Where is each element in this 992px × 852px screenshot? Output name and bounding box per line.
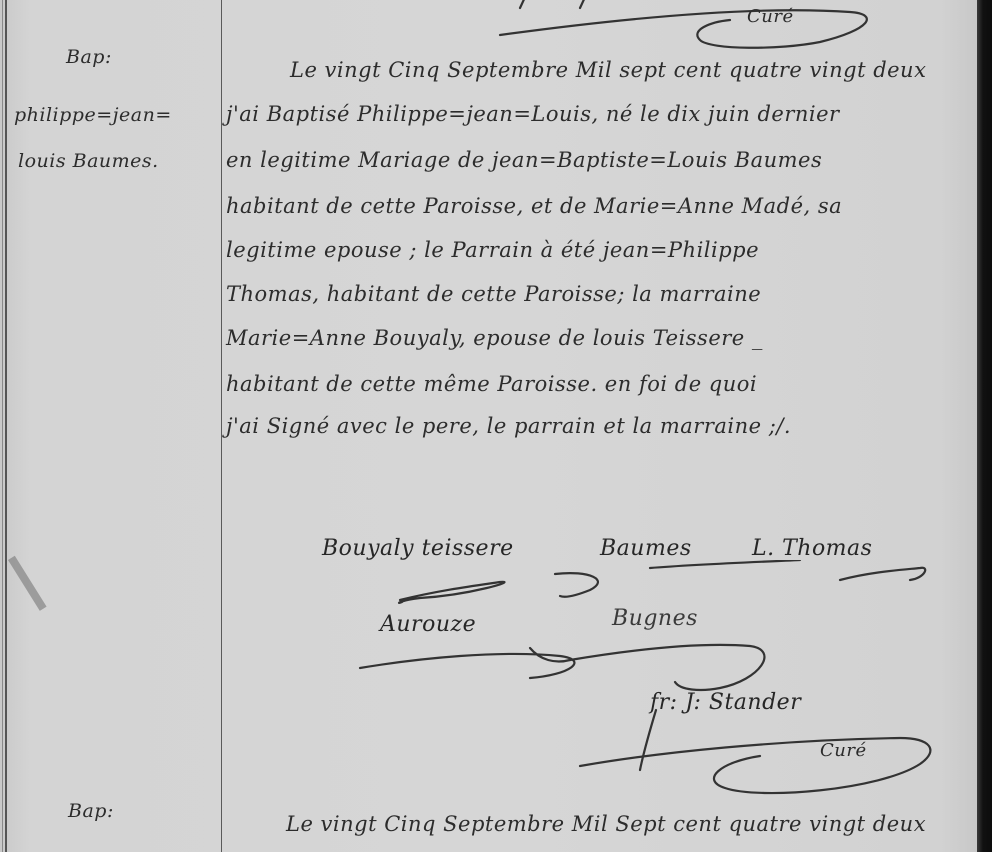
- priest-signature-flourish: [560, 700, 980, 810]
- entry-line-7: Marie=Anne Bouyaly, epouse de louis Teis…: [226, 326, 763, 350]
- priest-curé-label: Curé: [820, 740, 867, 761]
- margin-child-name-line-2: louis Baumes.: [18, 150, 159, 172]
- entry-line-2: j'ai Baptisé Philippe=jean=Louis, né le …: [226, 102, 840, 126]
- signature-godfather: L. Thomas: [752, 536, 872, 561]
- previous-curé-label: Curé: [747, 6, 794, 27]
- margin-column-rule: [221, 0, 222, 852]
- register-page: Curé Bap: philippe=jean= louis Baumes. L…: [0, 0, 977, 852]
- margin-bap-label: Bap:: [66, 46, 112, 68]
- entry-line-4: habitant de cette Paroisse, et de Marie=…: [226, 194, 842, 218]
- entry-line-1: Le vingt Cinq Septembre Mil sept cent qu…: [290, 58, 926, 82]
- margin-child-name-line-1: philippe=jean=: [14, 104, 172, 126]
- previous-signature-flourish: [490, 0, 910, 60]
- signature-godmother: Bouyaly teissere: [322, 536, 514, 561]
- next-entry-bap-label: Bap:: [68, 800, 114, 822]
- entry-line-9: j'ai Signé avec le pere, le parrain et l…: [226, 414, 791, 438]
- signature-father: Baumes: [600, 536, 692, 561]
- entry-line-5: legitime epouse ; le Parrain à été jean=…: [226, 238, 759, 262]
- binding-edge: [2, 0, 3, 852]
- binding-line: [5, 0, 7, 852]
- next-entry-line-1: Le vingt Cinq Septembre Mil Sept cent qu…: [286, 812, 926, 836]
- entry-line-3: en legitime Mariage de jean=Baptiste=Lou…: [226, 148, 822, 172]
- page-edge-shadow: [977, 0, 992, 852]
- entry-line-6: Thomas, habitant de cette Paroisse; la m…: [226, 282, 761, 306]
- entry-line-8: habitant de cette même Paroisse. en foi …: [226, 372, 757, 396]
